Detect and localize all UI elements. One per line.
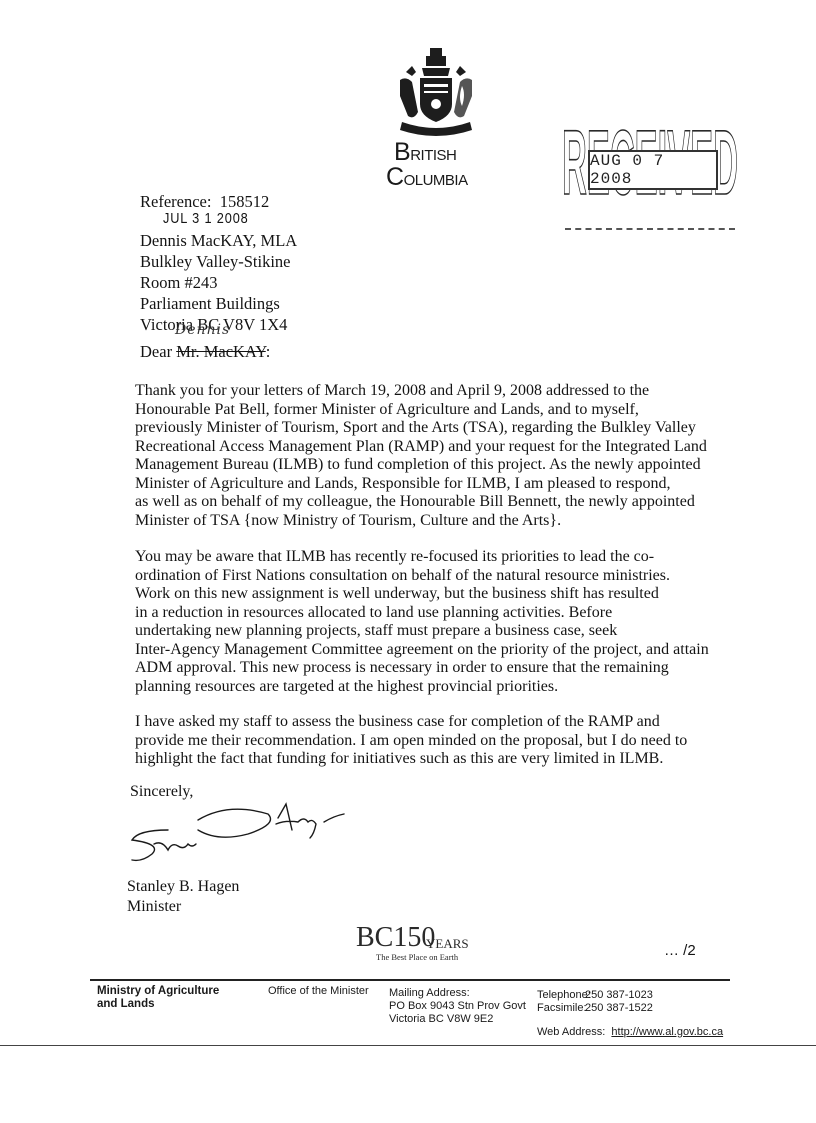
- ministry-line: and Lands: [97, 998, 219, 1011]
- recipient-address: Dennis MacKAY, MLA Bulkley Valley-Stikin…: [140, 230, 297, 335]
- footer-ministry: Ministry of Agriculture and Lands: [97, 985, 219, 1011]
- paragraph-line: in a reduction in resources allocated to…: [135, 604, 725, 623]
- web-address-link[interactable]: http://www.al.gov.bc.ca: [611, 1026, 723, 1038]
- recipient-line: Parliament Buildings: [140, 293, 297, 314]
- paragraph-line: ordination of First Nations consultation…: [135, 567, 725, 586]
- received-stamp-date: AUG 0 7 2008: [588, 150, 718, 190]
- paragraph-line: previously Minister of Tourism, Sport an…: [135, 419, 725, 438]
- wordmark-line1: RITISH: [410, 147, 456, 164]
- fax-label: Facsimile:: [537, 1002, 585, 1015]
- fax-number: 250 387-1522: [585, 1002, 653, 1015]
- paragraph-line: Minister of TSA {now Ministry of Tourism…: [135, 512, 725, 531]
- mailing-line: Mailing Address:: [389, 987, 526, 1000]
- recipient-line: Room #243: [140, 272, 297, 293]
- paragraph-line: Honourable Pat Bell, former Minister of …: [135, 401, 725, 420]
- bc150-tagline: The Best Place on Earth: [376, 952, 459, 962]
- paragraph-line: Thank you for your letters of March 19, …: [135, 382, 725, 401]
- recipient-line: Dennis MacKAY, MLA: [140, 230, 297, 251]
- footer-divider: [90, 979, 730, 981]
- signer-name: Stanley B. Hagen: [127, 877, 239, 897]
- mailing-line: Victoria BC V8W 9E2: [389, 1013, 526, 1026]
- paragraph-line: ADM approval. This new process is necess…: [135, 659, 725, 678]
- stamp-dashed-line: [565, 228, 735, 230]
- bc150-text: BC150: [356, 922, 435, 953]
- handwritten-signature-icon: [128, 800, 368, 870]
- valediction: Sincerely,: [130, 783, 193, 801]
- paragraph-line: provide me their recommendation. I am op…: [135, 732, 725, 751]
- salutation: Dear Mr. MacKAY:: [140, 341, 270, 362]
- paragraph-line: You may be aware that ILMB has recently …: [135, 548, 725, 567]
- wordmark-line2: OLUMBIA: [404, 172, 468, 189]
- british-columbia-wordmark: BRITISH COLUMBIA: [386, 140, 496, 190]
- footer-office: Office of the Minister: [268, 985, 369, 998]
- bc-coat-of-arms-icon: [392, 44, 480, 144]
- recipient-line: Bulkley Valley-Stikine: [140, 251, 297, 272]
- footer-contact: Telephone:250 387-1023 Facsimile:250 387…: [537, 989, 653, 1015]
- web-label: Web Address:: [537, 1026, 605, 1038]
- body-paragraph-3: I have asked my staff to assess the busi…: [135, 713, 725, 769]
- mailing-line: PO Box 9043 Stn Prov Govt: [389, 1000, 526, 1013]
- paragraph-line: Recreational Access Management Plan (RAM…: [135, 438, 725, 457]
- paragraph-line: planning resources are targeted at the h…: [135, 678, 725, 697]
- paragraph-line: I have asked my staff to assess the busi…: [135, 713, 725, 732]
- telephone-label: Telephone:: [537, 989, 585, 1002]
- page-continuation-marker: … /2: [664, 942, 696, 959]
- paragraph-line: as well as on behalf of my colleague, th…: [135, 493, 725, 512]
- footer-mailing-address: Mailing Address: PO Box 9043 Stn Prov Go…: [389, 987, 526, 1026]
- paragraph-line: undertaking new planning projects, staff…: [135, 622, 725, 641]
- bc150-years: YEARS: [426, 936, 469, 951]
- reference-label: Reference:: [140, 192, 211, 211]
- paragraph-line: Work on this new assignment is well unde…: [135, 585, 725, 604]
- body-paragraph-1: Thank you for your letters of March 19, …: [135, 382, 725, 530]
- reference-number: 158512: [220, 192, 270, 211]
- signer-block: Stanley B. Hagen Minister: [127, 877, 239, 917]
- reference-line: Reference: 158512: [140, 191, 269, 212]
- signer-title: Minister: [127, 897, 239, 917]
- footer-web: Web Address: http://www.al.gov.bc.ca: [537, 1026, 723, 1039]
- ministry-line: Ministry of Agriculture: [97, 985, 219, 998]
- paragraph-line: highlight the fact that funding for init…: [135, 750, 725, 769]
- salutation-suffix: :: [266, 342, 271, 361]
- struck-name: Mr. MacKAY: [176, 342, 266, 361]
- handwritten-first-name: Dennis: [175, 322, 230, 338]
- paragraph-line: Management Bureau (ILMB) to fund complet…: [135, 456, 725, 475]
- paragraph-line: Inter-Agency Management Committee agreem…: [135, 641, 725, 660]
- bc150-logo-icon: BC150 YEARS The Best Place on Earth: [354, 918, 484, 963]
- body-paragraph-2: You may be aware that ILMB has recently …: [135, 548, 725, 696]
- date-stamp: JUL 3 1 2008: [163, 210, 249, 227]
- paragraph-line: Minister of Agriculture and Lands, Respo…: [135, 475, 725, 494]
- telephone-number: 250 387-1023: [585, 989, 653, 1002]
- scan-page-edge: [0, 1045, 816, 1046]
- salutation-prefix: Dear: [140, 342, 176, 361]
